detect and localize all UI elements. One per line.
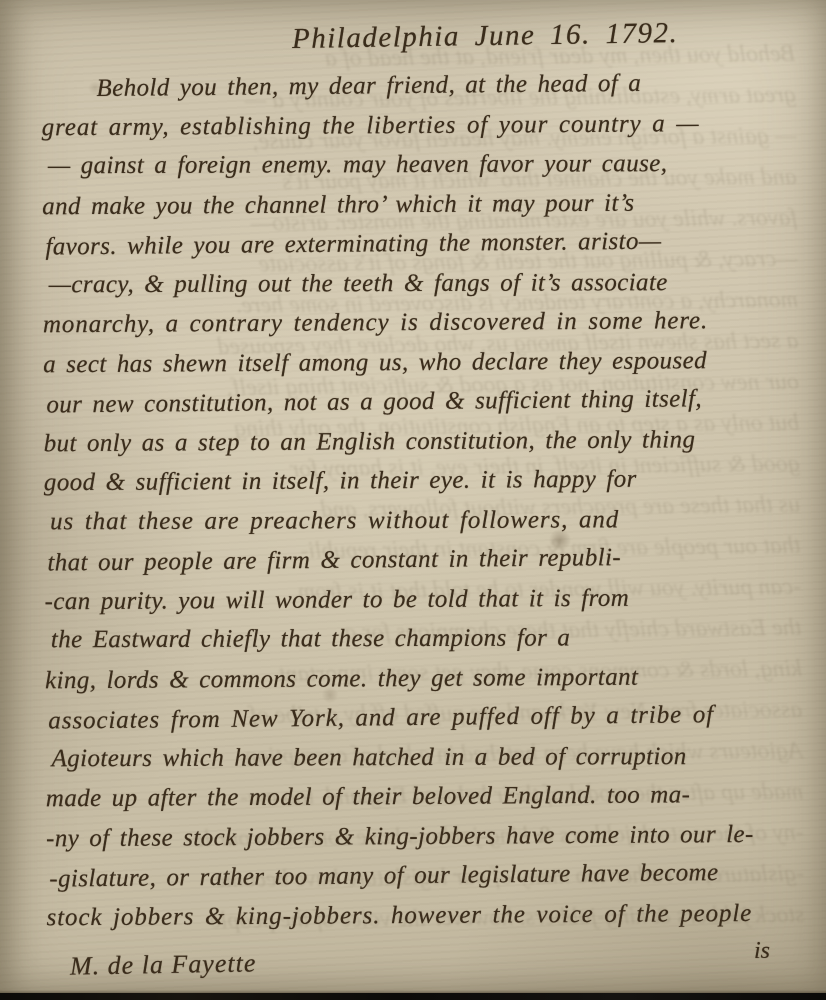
letter-line: but only as a step to an English constit… bbox=[44, 419, 789, 463]
letter-line: king, lords & commons come. they get som… bbox=[45, 656, 790, 700]
letter-line: — gainst a foreign enemy. may heaven fav… bbox=[48, 144, 787, 186]
letter-line: a sect has shewn itself among us, who de… bbox=[43, 340, 788, 384]
scan-edge-strip bbox=[0, 993, 826, 1000]
letter-line: and make you the channel thro’ which it … bbox=[42, 182, 787, 226]
letter-line: made up after the model of their beloved… bbox=[46, 775, 791, 819]
letter-line: Agioteurs which have been hatched in a b… bbox=[52, 736, 791, 778]
letter-line: favors. while you are exterminating the … bbox=[45, 220, 787, 267]
letter-line: —cracy, & pulling out the teeth & fangs … bbox=[49, 262, 788, 304]
letter-line: great army, establishing the liberties o… bbox=[42, 103, 787, 147]
letter-line: Behold you then, my dear friend, at the … bbox=[44, 62, 786, 109]
addressee: M. de la Fayette bbox=[70, 948, 257, 981]
letter-line: good & sufficient in itself, in their ey… bbox=[44, 459, 789, 503]
dateline: Philadelphia June 16. 1792. bbox=[292, 17, 679, 56]
letter-line: monarchy, a contrary tendency is discove… bbox=[43, 301, 788, 345]
letter-line: our new constitution, not as a good & su… bbox=[46, 378, 788, 425]
letter-page: Behold you then, my dear friend, at the … bbox=[0, 0, 826, 1000]
catchword: is bbox=[754, 938, 770, 965]
letter-body: Behold you then, my dear friend, at the … bbox=[41, 64, 791, 938]
letter-line: stock jobbers & king-jobbers. however th… bbox=[46, 893, 791, 937]
letter-line: that our people are firm & constant in t… bbox=[47, 536, 789, 583]
letter-line: us that these are preachers without foll… bbox=[50, 499, 789, 541]
letter-line: -gislature, or rather too many of our le… bbox=[49, 852, 791, 899]
letter-line: -can purity. you will wonder to be told … bbox=[44, 577, 789, 621]
letter-line: associates from New York, and are puffed… bbox=[48, 694, 790, 741]
letter-line: the Eastward chiefly that these champion… bbox=[51, 618, 790, 660]
letter-line: -ny of these stock jobbers & king-jobber… bbox=[46, 814, 791, 858]
